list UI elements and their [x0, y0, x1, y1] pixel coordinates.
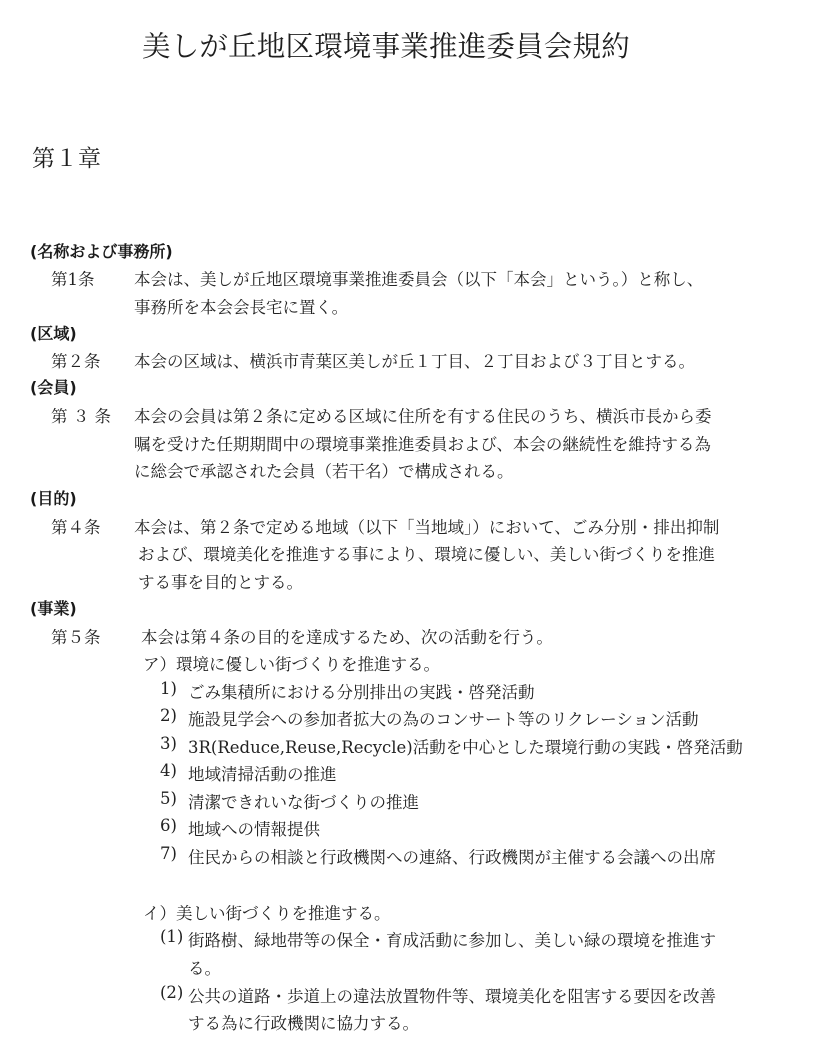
article-intro: 本会は第４条の目的を達成するため、次の活動を行う。	[141, 624, 553, 648]
article-text-line: する事を目的とする。	[138, 569, 303, 593]
list-item-number: (1)	[160, 927, 183, 946]
list-item-number: 6)	[160, 816, 177, 835]
list-item-text: 公共の道路・歩道上の違法放置物件等、環境美化を阻害する要因を改善	[188, 983, 716, 1007]
list-item-number: 5)	[160, 789, 177, 808]
article-label: 第 ３ 条	[51, 403, 111, 427]
list-item-text: 住民からの相談と行政機関への連絡、行政機関が主催する会議への出席	[188, 844, 716, 868]
article-text-line: および、環境美化を推進する事により、環境に優しい、美しい街づくりを推進	[138, 541, 715, 565]
list-item-number: 7)	[160, 844, 177, 863]
article-heading: (事業)	[30, 596, 77, 619]
article-text-line: 嘱を受けた任期期間中の環境事業推進委員および、本会の継続性を維持する為	[134, 431, 711, 455]
article-text-line: 本会は、美しが丘地区環境事業推進委員会（以下「本会」という。）と称し、	[134, 266, 703, 290]
article-text-line: 本会の区域は、横浜市青葉区美しが丘１丁目、２丁目および３丁目とする。	[134, 348, 695, 372]
article-label: 第２条	[51, 348, 101, 372]
list-item-text: 地域への情報提供	[188, 816, 320, 840]
list-item-text: ごみ集積所における分別排出の実践・啓発活動	[188, 679, 535, 703]
list-item-number: 4)	[160, 761, 177, 780]
section-title: イ）美しい街づくりを推進する。	[143, 900, 391, 924]
article-heading: (区域)	[30, 321, 77, 344]
article-text-line: 本会の会員は第２条に定める区域に住所を有する住民のうち、横浜市長から委	[134, 403, 712, 427]
chapter-heading: 第１章	[32, 140, 101, 173]
section-title: ア）環境に優しい街づくりを推進する。	[143, 651, 440, 675]
list-item-text-continued: する為に行政機関に協力する。	[188, 1010, 419, 1034]
list-item-text: 街路樹、緑地帯等の保全・育成活動に参加し、美しい緑の環境を推進す	[188, 927, 716, 951]
article-heading: (目的)	[30, 486, 77, 509]
list-item-text: 施設見学会への参加者拡大の為のコンサート等のリクレーション活動	[188, 706, 699, 730]
list-item-number: 3)	[160, 734, 177, 753]
article-text-line: 事務所を本会会長宅に置く。	[134, 294, 348, 318]
article-heading: (名称および事務所)	[30, 239, 173, 262]
article-heading: (会員)	[30, 375, 77, 398]
article-text-line: 本会は、第２条で定める地域（以下「当地域」）において、ごみ分別・排出抑制	[134, 514, 719, 538]
document-title: 美しが丘地区環境事業推進委員会規約	[142, 24, 630, 65]
list-item-number: 2)	[160, 706, 177, 725]
list-item-text: 地域清掃活動の推進	[188, 761, 337, 785]
list-item-number: (2)	[160, 983, 183, 1002]
list-item-text-continued: る。	[188, 955, 221, 979]
list-item-text: 3R(Reduce,Reuse,Recycle)活動を中心とした環境行動の実践・…	[188, 734, 743, 758]
list-item-number: 1)	[160, 679, 177, 698]
article-label: 第４条	[51, 514, 101, 538]
article-text-line: に総会で承認された会員（若干名）で構成される。	[134, 458, 514, 482]
list-item-text: 清潔できれいな街づくりの推進	[188, 789, 419, 813]
article-label: 第５条	[51, 624, 101, 648]
article-label: 第1条	[51, 266, 95, 290]
